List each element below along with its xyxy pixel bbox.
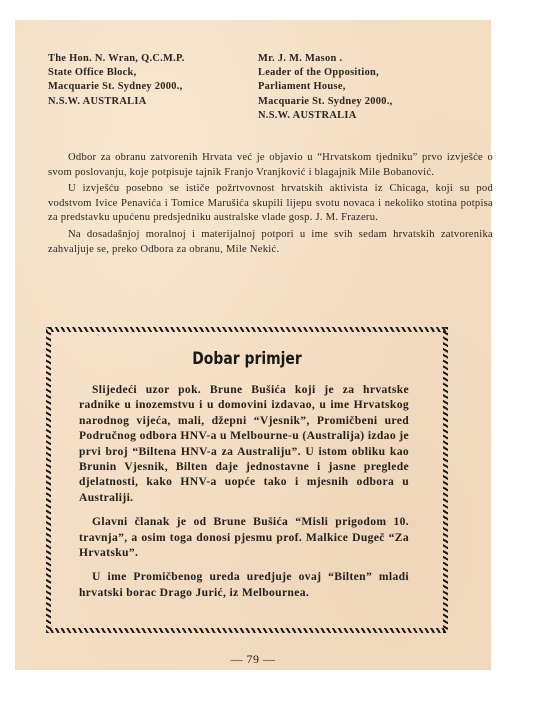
boxed-article-paragraph: U ime Promičbenog ureda uredjuje ovaj “B… — [79, 569, 409, 600]
boxed-article-paragraph: Slijedeći uzor pok. Brune Bušića koji je… — [79, 382, 409, 505]
address-line: State Office Block, — [48, 66, 185, 80]
document-page: The Hon. N. Wran, Q.C.M.P. State Office … — [15, 20, 491, 670]
address-line: Leader of the Opposition, — [258, 66, 393, 80]
hatched-border-right — [443, 327, 448, 633]
address-block-wran: The Hon. N. Wran, Q.C.M.P. State Office … — [48, 52, 185, 109]
page-number: — 79 — — [15, 652, 491, 667]
article-body: Odbor za obranu zatvorenih Hrvata već je… — [48, 151, 493, 259]
address-line: Parliament House, — [258, 80, 393, 94]
article-paragraph: U izvješću posebno se ističe požrtvovnos… — [48, 182, 493, 226]
hatched-border-top — [46, 327, 448, 332]
hatched-border-bottom — [46, 628, 448, 633]
address-line: The Hon. N. Wran, Q.C.M.P. — [48, 52, 185, 66]
address-block-mason: Mr. J. M. Mason . Leader of the Oppositi… — [258, 52, 393, 123]
boxed-article: Dobar primjer Slijedeći uzor pok. Brune … — [46, 327, 448, 633]
boxed-article-title: Dobar primjer — [82, 349, 412, 369]
boxed-article-paragraph: Glavni članak je od Brune Bušića “Misli … — [79, 514, 409, 560]
address-line: Macquarie St. Sydney 2000., — [258, 95, 393, 109]
boxed-article-body: Slijedeći uzor pok. Brune Bušića koji je… — [79, 382, 409, 609]
address-line: N.S.W. AUSTRALIA — [258, 109, 393, 123]
address-line: N.S.W. AUSTRALIA — [48, 95, 185, 109]
address-line: Mr. J. M. Mason . — [258, 52, 393, 66]
article-paragraph: Na dosadašnjoj moralnoj i materijalnoj p… — [48, 228, 493, 257]
hatched-border-left — [46, 327, 51, 633]
address-line: Macquarie St. Sydney 2000., — [48, 80, 185, 94]
article-paragraph: Odbor za obranu zatvorenih Hrvata već je… — [48, 151, 493, 180]
